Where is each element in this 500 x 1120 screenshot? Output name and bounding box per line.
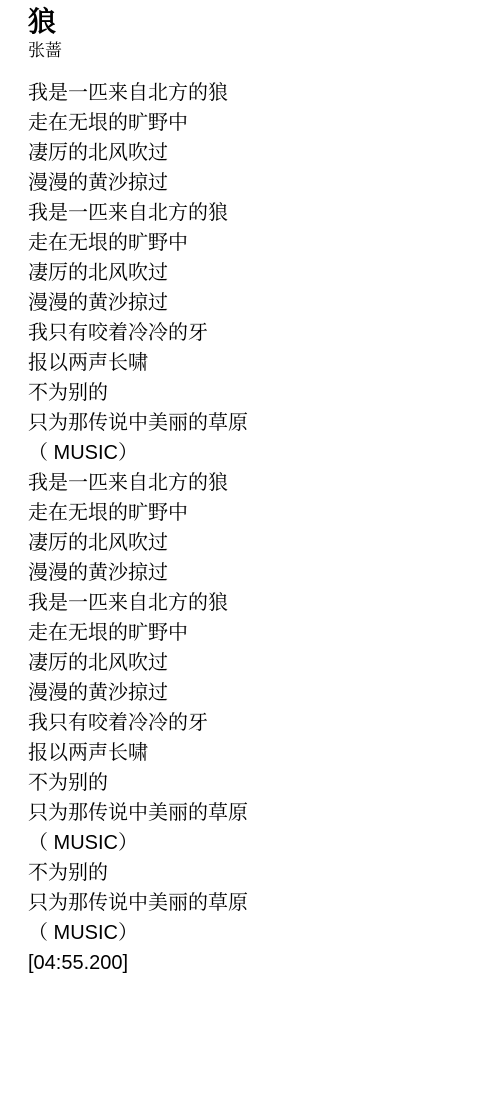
lyric-line: 漫漫的黄沙掠过 [28, 558, 480, 588]
lyric-line: 漫漫的黄沙掠过 [28, 678, 480, 708]
lyric-line: 不为别的 [28, 378, 480, 408]
lyric-line: 走在无垠的旷野中 [28, 228, 480, 258]
lyric-line: 只为那传说中美丽的草原 [28, 798, 480, 828]
lyric-line: 凄厉的北风吹过 [28, 528, 480, 558]
lyric-line: 凄厉的北风吹过 [28, 258, 480, 288]
lyric-line: 不为别的 [28, 768, 480, 798]
lyric-line: 走在无垠的旷野中 [28, 498, 480, 528]
lyric-line: 漫漫的黄沙掠过 [28, 168, 480, 198]
lyric-line: 我是一匹来自北方的狼 [28, 468, 480, 498]
lyric-line: [04:55.200] [28, 948, 480, 978]
lyric-line: 我只有咬着冷冷的牙 [28, 318, 480, 348]
lyric-line: 我是一匹来自北方的狼 [28, 78, 480, 108]
artist-name: 张蔷 [28, 39, 480, 63]
lyric-line: 不为别的 [28, 858, 480, 888]
lyric-line: （ MUSIC） [28, 828, 480, 858]
lyric-line: 只为那传说中美丽的草原 [28, 408, 480, 438]
lyric-line: 我是一匹来自北方的狼 [28, 198, 480, 228]
lyric-line: 报以两声长啸 [28, 348, 480, 378]
lyric-line: 走在无垠的旷野中 [28, 618, 480, 648]
lyric-line: 凄厉的北风吹过 [28, 648, 480, 678]
lyrics-page: 狼 张蔷 我是一匹来自北方的狼走在无垠的旷野中凄厉的北风吹过漫漫的黄沙掠过我是一… [0, 0, 500, 1120]
lyric-line: 我是一匹来自北方的狼 [28, 588, 480, 618]
lyric-line: （ MUSIC） [28, 918, 480, 948]
lyric-line: 走在无垠的旷野中 [28, 108, 480, 138]
lyric-line: 我只有咬着冷冷的牙 [28, 708, 480, 738]
lyric-line: 报以两声长啸 [28, 738, 480, 768]
lyrics-body: 我是一匹来自北方的狼走在无垠的旷野中凄厉的北风吹过漫漫的黄沙掠过我是一匹来自北方… [28, 78, 480, 978]
lyric-line: 凄厉的北风吹过 [28, 138, 480, 168]
lyric-line: 只为那传说中美丽的草原 [28, 888, 480, 918]
lyric-line: （ MUSIC） [28, 438, 480, 468]
lyric-line: 漫漫的黄沙掠过 [28, 288, 480, 318]
song-title: 狼 [28, 5, 480, 39]
